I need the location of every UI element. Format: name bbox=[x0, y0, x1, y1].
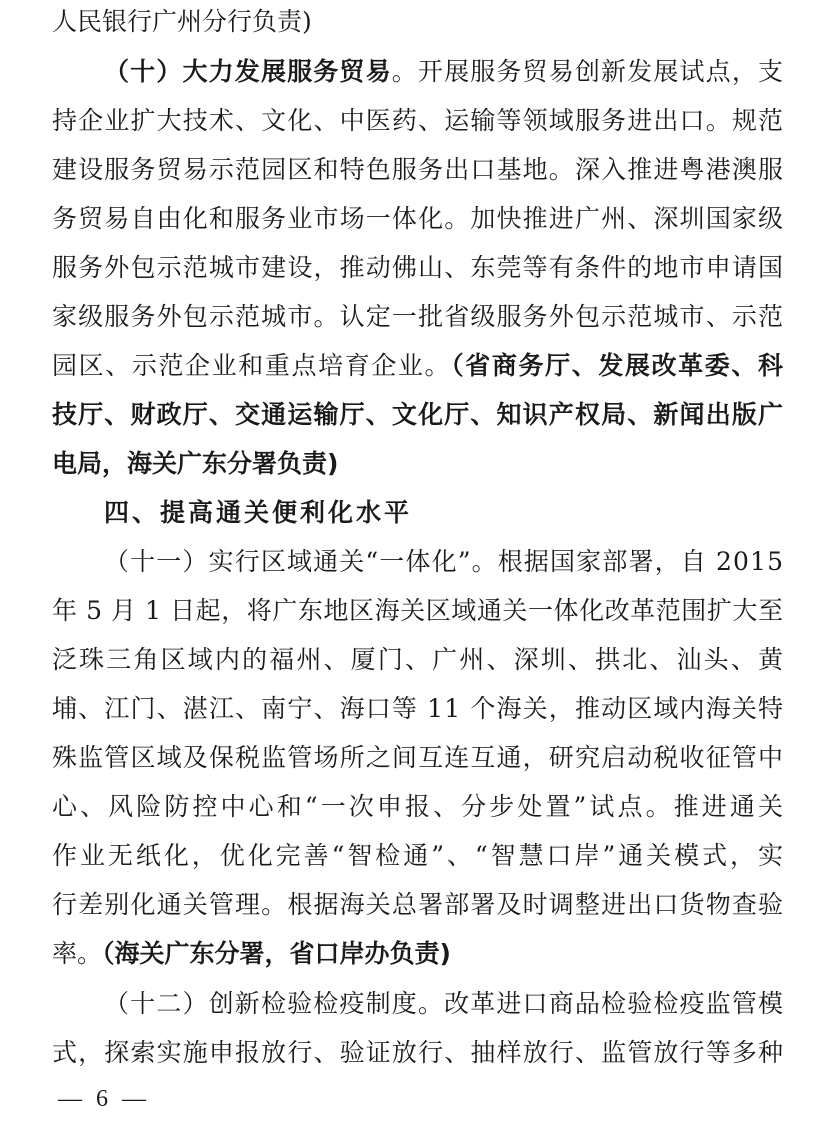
line-text: 服务外包示范城市建设，推动佛山、东莞等有条件的地市申请国 bbox=[52, 253, 784, 282]
line-text: 心、风险防控中心和“一次申报、分步处置”试点。推进通关 bbox=[52, 792, 786, 821]
responsible-departments: （省商务厅、发展改革委、科 bbox=[451, 351, 784, 380]
line-text: 务贸易自由化和服务业市场一体化。加快推进广州、深圳国家级 bbox=[52, 204, 784, 233]
text-line-11: （十一）实行区域通关“一体化”。根据国家部署，自 2015 bbox=[104, 542, 783, 582]
line-text: 殊监管区域及保税监管场所之间互连互通，研究启动税收征管中 bbox=[52, 743, 784, 772]
text-line-2: （十）大力发展服务贸易。开展服务贸易创新发展试点，支 bbox=[104, 52, 783, 92]
text-line-20: （十二）创新检验检疫制度。改革进口商品检验检疫监管模 bbox=[104, 984, 783, 1024]
line-text: 。开展服务贸易创新发展试点，支 bbox=[392, 57, 784, 86]
text-line-9: 技厅、财政厅、交通运输厅、文化厅、知识产权局、新闻出版广 bbox=[52, 395, 783, 435]
text-line-15: 殊监管区域及保税监管场所之间互连互通，研究启动税收征管中 bbox=[52, 738, 783, 778]
responsible-departments: 电局，海关广东分署负责) bbox=[52, 449, 338, 478]
text-line-4: 建设服务贸易示范园区和特色服务出口基地。深入推进粤港澳服 bbox=[52, 150, 783, 190]
text-line-12: 年 5 月 1 日起，将广东地区海关区域通关一体化改革范围扩大至 bbox=[52, 591, 783, 631]
text-line-17: 作业无纸化，优化完善“智检通”、“智慧口岸”通关模式，实 bbox=[52, 836, 783, 876]
line-text: 泛珠三角区域内的福州、厦门、广州、深圳、拱北、汕头、黄 bbox=[52, 645, 785, 674]
text-line-14: 埔、江门、湛江、南宁、海口等 11 个海关，推动区域内海关特 bbox=[52, 689, 783, 729]
line-text: 埔、江门、湛江、南宁、海口等 11 个海关，推动区域内海关特 bbox=[52, 694, 784, 723]
text-line-6: 服务外包示范城市建设，推动佛山、东莞等有条件的地市申请国 bbox=[52, 248, 783, 288]
line-text: 园区、示范企业和重点培育企业。 bbox=[52, 351, 451, 380]
text-line-7: 家级服务外包示范城市。认定一批省级服务外包示范城市、示范 bbox=[52, 297, 783, 337]
document-page: 人民银行广州分行负责) （十）大力发展服务贸易。开展服务贸易创新发展试点，支 持… bbox=[0, 0, 823, 1126]
page-number: — 6 — bbox=[58, 1082, 150, 1116]
text-line-3: 持企业扩大技术、文化、中医药、运输等领域服务进出口。规范 bbox=[52, 101, 783, 141]
text-line-10: 电局，海关广东分署负责) bbox=[52, 444, 783, 484]
line-text: 行差别化通关管理。根据海关总署部署及时调整进出口货物查验 bbox=[52, 890, 784, 919]
responsible-departments: （海关广东分署，省口岸办负责) bbox=[102, 939, 451, 968]
text-line-1: 人民银行广州分行负责) bbox=[52, 2, 783, 42]
text-line-5: 务贸易自由化和服务业市场一体化。加快推进广州、深圳国家级 bbox=[52, 199, 783, 239]
text-line-18: 行差别化通关管理。根据海关总署部署及时调整进出口货物查验 bbox=[52, 885, 783, 925]
text-line-16: 心、风险防控中心和“一次申报、分步处置”试点。推进通关 bbox=[52, 787, 783, 827]
text-line-13: 泛珠三角区域内的福州、厦门、广州、深圳、拱北、汕头、黄 bbox=[52, 640, 783, 680]
line-text: （十一）实行区域通关“一体化”。根据国家部署，自 2015 bbox=[104, 547, 784, 576]
line-text: （十二）创新检验检疫制度。改革进口商品检验检疫监管模 bbox=[104, 989, 784, 1018]
text-line-21: 式，探索实施申报放行、验证放行、抽样放行、监管放行等多种 bbox=[52, 1033, 783, 1073]
line-text: 家级服务外包示范城市。认定一批省级服务外包示范城市、示范 bbox=[52, 302, 784, 331]
line-text: 式，探索实施申报放行、验证放行、抽样放行、监管放行等多种 bbox=[52, 1038, 784, 1067]
section-heading-4: 四、提高通关便利化水平 bbox=[104, 493, 412, 533]
line-text: 人民银行广州分行负责) bbox=[52, 7, 312, 36]
line-text: 持企业扩大技术、文化、中医药、运输等领域服务进出口。规范 bbox=[52, 106, 784, 135]
responsible-departments: 技厅、财政厅、交通运输厅、文化厅、知识产权局、新闻出版广 bbox=[52, 400, 784, 429]
line-text: 率。 bbox=[52, 939, 102, 968]
text-line-8: 园区、示范企业和重点培育企业。（省商务厅、发展改革委、科 bbox=[52, 346, 783, 386]
line-text: 年 5 月 1 日起，将广东地区海关区域通关一体化改革范围扩大至 bbox=[52, 596, 784, 625]
heading-text: 四、提高通关便利化水平 bbox=[104, 498, 412, 527]
line-text: 作业无纸化，优化完善“智检通”、“智慧口岸”通关模式，实 bbox=[52, 841, 786, 870]
section-title-10: （十）大力发展服务贸易 bbox=[104, 57, 392, 86]
line-text: 建设服务贸易示范园区和特色服务出口基地。深入推进粤港澳服 bbox=[52, 155, 784, 184]
text-line-19: 率。（海关广东分署，省口岸办负责) bbox=[52, 934, 783, 974]
